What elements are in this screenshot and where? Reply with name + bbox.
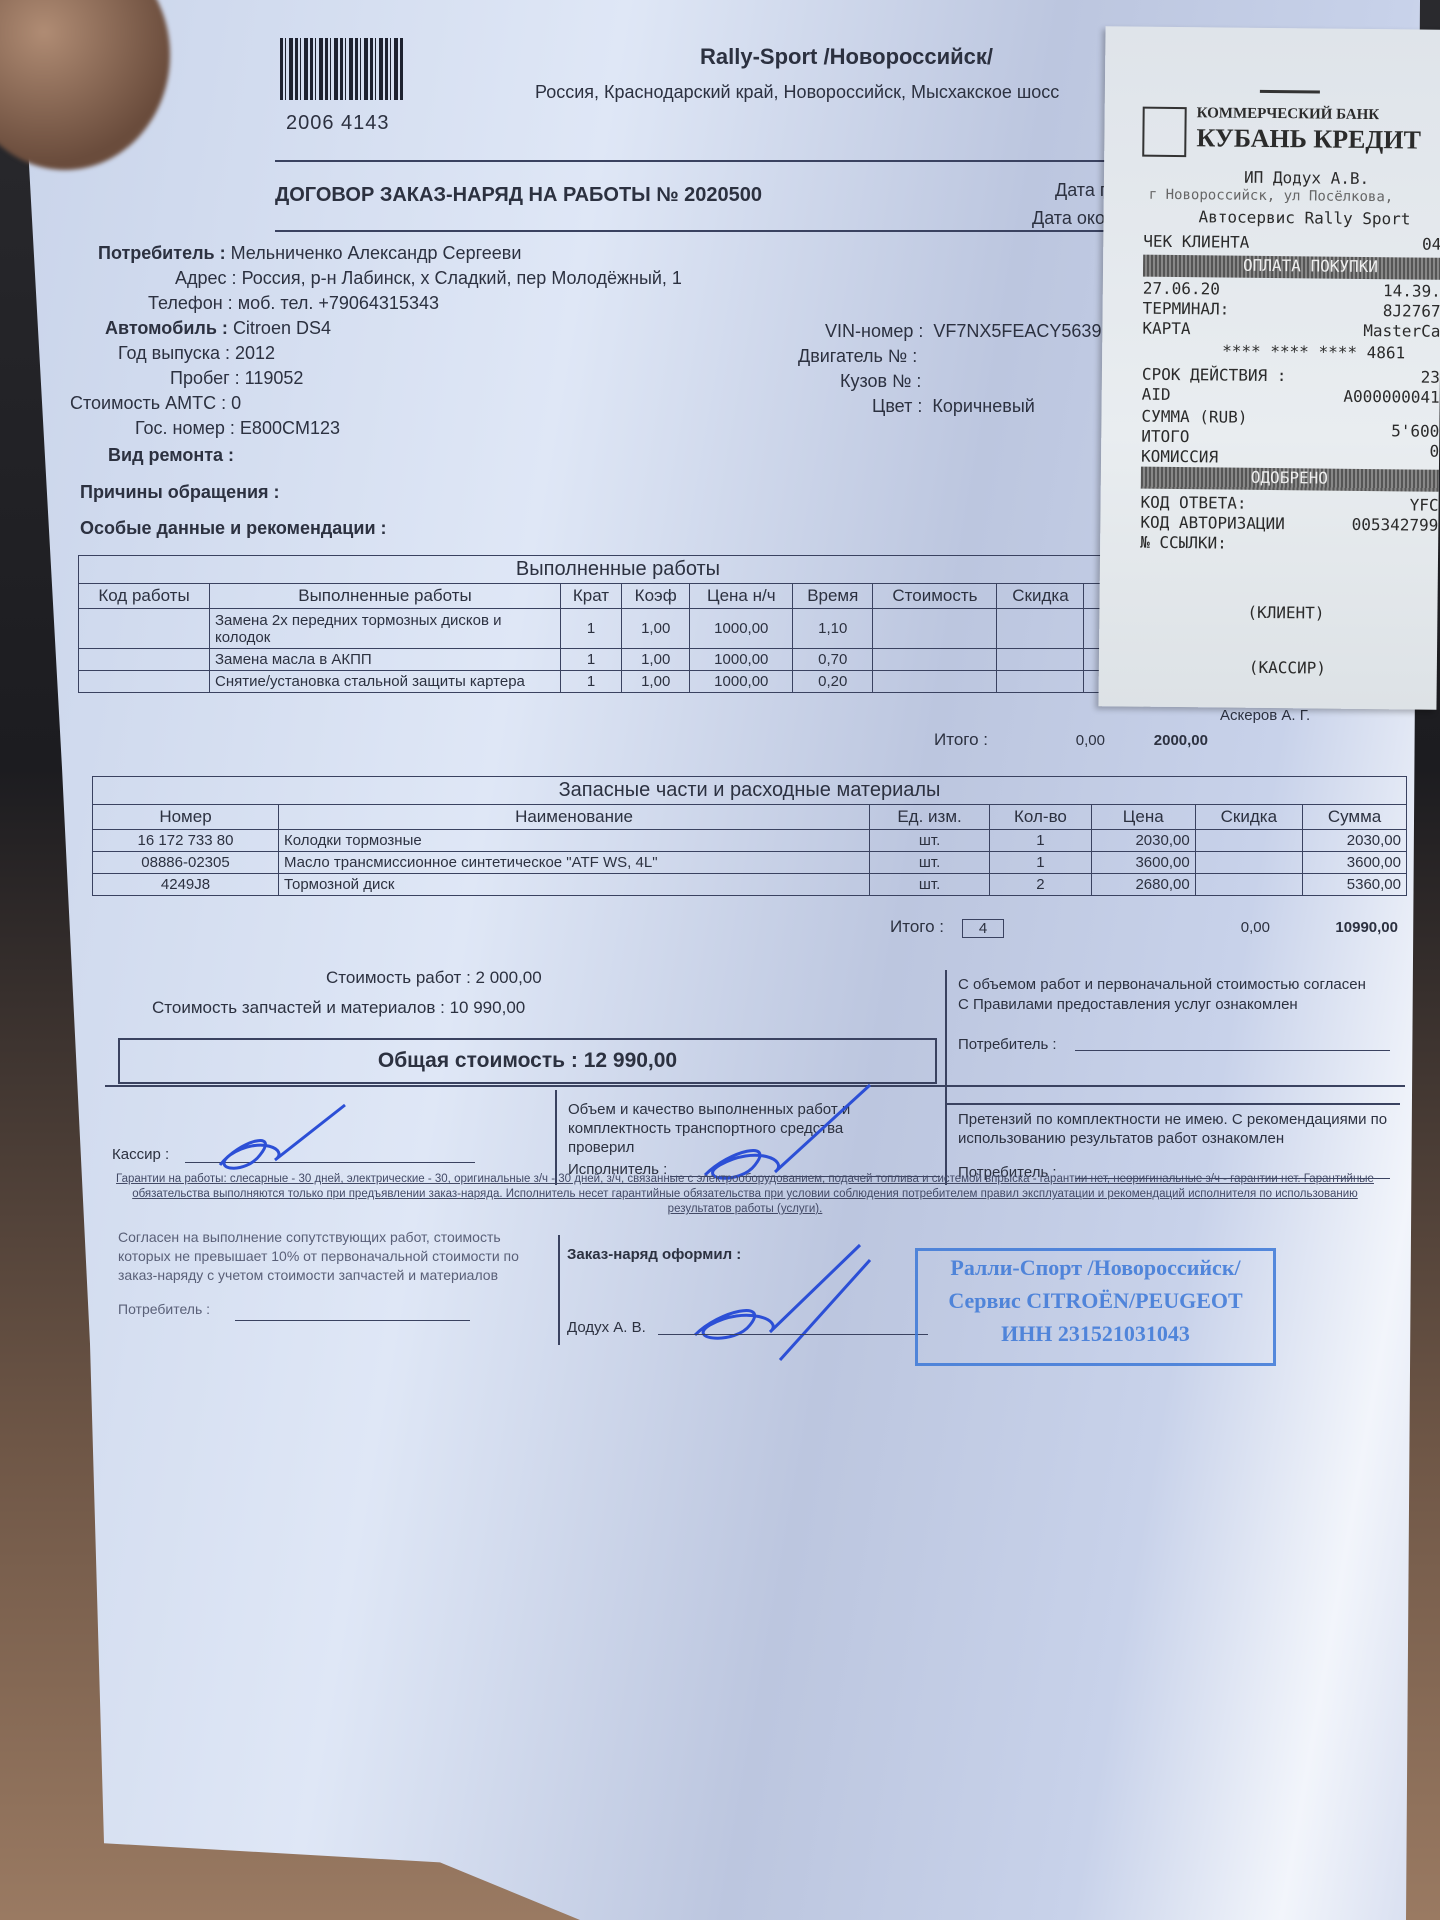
- bank-logo-icon: [1142, 107, 1187, 157]
- grand-total: Общая стоимость : 12 990,00: [118, 1038, 937, 1084]
- mileage-row: Пробег : 119052: [170, 368, 303, 389]
- table-row: 16 172 733 80 Колодки тормозные шт. 1 20…: [93, 830, 1407, 852]
- table-row: Замена 2х передних тормозных дисков и ко…: [79, 609, 1158, 649]
- reasons-label: Причины обращения :: [80, 482, 280, 503]
- company-address: Россия, Краснодарский край, Новороссийск…: [535, 82, 1059, 103]
- col-number: Номер: [93, 805, 279, 830]
- col-cost: Стоимость: [873, 584, 997, 609]
- engine-row: Двигатель № :: [798, 346, 917, 367]
- document-title: ДОГОВОР ЗАКАЗ-НАРЯД НА РАБОТЫ № 2020500: [275, 184, 762, 207]
- color-row: Цвет : Коричневый: [872, 396, 1035, 417]
- cashier-signature-icon: [200, 1100, 360, 1180]
- consumer-row: Потребитель : Мельниченко Александр Серг…: [98, 243, 521, 264]
- works-caption: Выполненные работы: [79, 556, 1158, 584]
- agree-text-2: С Правилами предоставления услуг ознаком…: [958, 995, 1298, 1014]
- works-executor: Аскеров А. Г.: [1220, 707, 1310, 724]
- works-total-label: Итого :: [934, 730, 988, 750]
- parts-total-discount: 0,00: [1175, 919, 1270, 936]
- col-code: Код работы: [79, 584, 210, 609]
- issued-label: Заказ-наряд оформил :: [567, 1245, 741, 1264]
- bank-name: КУБАНЬ КРЕДИТ: [1196, 123, 1440, 156]
- cashier-label: Кассир :: [112, 1145, 169, 1164]
- parts-table: Запасные части и расходные материалы Ном…: [92, 776, 1407, 896]
- divider: [275, 230, 1115, 232]
- col-qty: Кол-во: [990, 805, 1092, 830]
- signature-line: [658, 1334, 928, 1335]
- col-name: Выполненные работы: [210, 584, 561, 609]
- company-stamp: Ралли-Спорт /Новороссийск/ Сервис CITROË…: [915, 1248, 1276, 1366]
- parts-caption: Запасные части и расходные материалы: [93, 777, 1407, 805]
- col-unit: Ед. изм.: [870, 805, 990, 830]
- col-koef: Коэф: [621, 584, 689, 609]
- bank-top: КОММЕРЧЕСКИЙ БАНК: [1197, 105, 1440, 125]
- divider-vertical: [555, 1090, 557, 1185]
- col-part-name: Наименование: [279, 805, 870, 830]
- vin-row: VIN-номер : VF7NX5FEACY5639: [825, 321, 1101, 342]
- table-row: Замена масла в АКПП 1 1,00 1000,00 0,70: [79, 649, 1158, 671]
- barcode-number: 2006 4143: [286, 112, 390, 135]
- divider-vertical: [558, 1235, 560, 1345]
- divider: [945, 1103, 1400, 1105]
- company-name: Rally-Sport /Новороссийск/: [700, 44, 993, 70]
- payment-receipt: КОММЕРЧЕСКИЙ БАНК КУБАНЬ КРЕДИТ ИП Додух…: [1098, 26, 1440, 710]
- issued-by: Додух А. В.: [567, 1318, 646, 1337]
- plate-row: Гос. номер : E800CM123: [135, 418, 340, 439]
- body-row: Кузов № :: [840, 371, 921, 392]
- works-table: Выполненные работы Код работы Выполненны…: [78, 555, 1158, 693]
- col-time: Время: [793, 584, 873, 609]
- parts-total-sum: 10990,00: [1280, 919, 1398, 936]
- barcode: [280, 38, 405, 100]
- amts-row: Стоимость АМТС : 0: [70, 393, 241, 414]
- extra-work-text: Согласен на выполнение сопутствующих раб…: [118, 1228, 548, 1285]
- col-krat: Крат: [561, 584, 622, 609]
- col-part-discount: Скидка: [1195, 805, 1302, 830]
- works-cost: Стоимость работ : 2 000,00: [326, 968, 542, 988]
- parts-total-label: Итого :: [890, 917, 944, 937]
- notes-label: Особые данные и рекомендации :: [80, 518, 387, 539]
- date-close-label: Дата око: [1032, 208, 1105, 229]
- table-row: 4249J8 Тормозной диск шт. 2 2680,00 5360…: [93, 874, 1407, 896]
- claims-text: Претензий по комплектности не имею. С ре…: [958, 1110, 1398, 1148]
- consumer-sign-label-3: Потребитель :: [118, 1300, 210, 1319]
- signature-line: [235, 1320, 470, 1321]
- works-total-sum: 2000,00: [1110, 732, 1208, 749]
- agree-text-1: С объемом работ и первоначальной стоимос…: [958, 975, 1366, 994]
- divider-vertical: [945, 970, 947, 1185]
- repair-type-label: Вид ремонта :: [108, 445, 234, 466]
- signature-line: [1075, 1050, 1390, 1051]
- col-price: Цена н/ч: [690, 584, 793, 609]
- works-total-discount: 0,00: [1005, 732, 1105, 749]
- col-part-price: Цена: [1091, 805, 1195, 830]
- parts-cost: Стоимость запчастей и материалов : 10 99…: [152, 998, 525, 1018]
- col-discount: Скидка: [997, 584, 1084, 609]
- consumer-sign-label: Потребитель :: [958, 1035, 1057, 1054]
- phone-row: Телефон : моб. тел. +79064315343: [148, 293, 439, 314]
- table-row: 08886-02305 Масло трансмиссионное синтет…: [93, 852, 1407, 874]
- divider: [275, 160, 1115, 162]
- year-row: Год выпуска : 2012: [118, 343, 275, 364]
- table-row: Снятие/установка стальной защиты картера…: [79, 671, 1158, 693]
- car-row: Автомобиль : Citroen DS4: [105, 318, 331, 339]
- address-row: Адрес : Россия, р-н Лабинск, х Сладкий, …: [175, 268, 682, 289]
- warranty-text: Гарантии на работы: слесарные - 30 дней,…: [115, 1172, 1375, 1217]
- date-open-label: Дата п: [1055, 180, 1110, 201]
- parts-total-qty: 4: [962, 919, 1004, 938]
- col-part-sum: Сумма: [1303, 805, 1407, 830]
